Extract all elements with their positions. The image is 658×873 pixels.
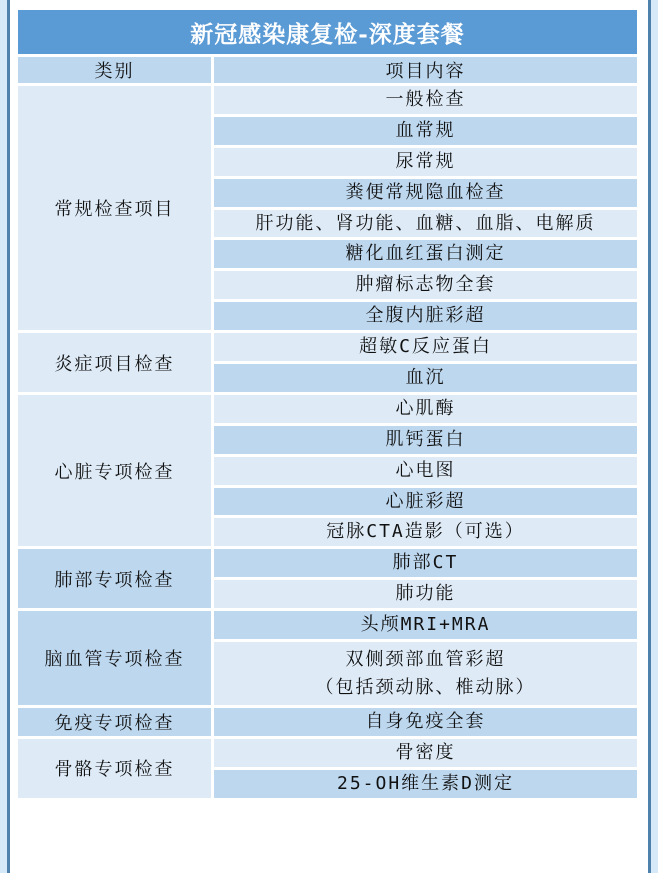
category-cell: 心脏专项检查 bbox=[18, 395, 211, 546]
item-cell: 心脏彩超 bbox=[214, 488, 637, 516]
table-title: 新冠感染康复检-深度套餐 bbox=[18, 10, 637, 54]
item-cell: 25-OH维生素D测定 bbox=[214, 770, 637, 798]
table-row: 常规检查项目一般检查 bbox=[18, 86, 637, 114]
table-row: 心脏专项检查心肌酶 bbox=[18, 395, 637, 423]
item-cell: 肺部CT bbox=[214, 549, 637, 577]
item-cell: 血沉 bbox=[214, 364, 637, 392]
table-body: 新冠感染康复检-深度套餐 类别 项目内容 常规检查项目一般检查血常规尿常规粪便常… bbox=[18, 10, 637, 798]
page: 新冠感染康复检-深度套餐 类别 项目内容 常规检查项目一般检查血常规尿常规粪便常… bbox=[0, 0, 658, 873]
item-cell: 骨密度 bbox=[214, 739, 637, 767]
page-border-line-right bbox=[648, 0, 651, 873]
item-cell: 尿常规 bbox=[214, 148, 637, 176]
column-header-row: 类别 项目内容 bbox=[18, 57, 637, 83]
item-cell: 心电图 bbox=[214, 457, 637, 485]
item-cell: 糖化血红蛋白测定 bbox=[214, 240, 637, 268]
table-row: 骨骼专项检查骨密度 bbox=[18, 739, 637, 767]
column-header-category: 类别 bbox=[18, 57, 211, 83]
category-cell: 骨骼专项检查 bbox=[18, 739, 211, 798]
table-row: 免疫专项检查自身免疫全套 bbox=[18, 708, 637, 736]
title-row: 新冠感染康复检-深度套餐 bbox=[18, 10, 637, 54]
item-cell: 粪便常规隐血检查 bbox=[214, 179, 637, 207]
category-cell: 肺部专项检查 bbox=[18, 549, 211, 608]
table-row: 脑血管专项检查头颅MRI+MRA bbox=[18, 611, 637, 639]
page-border-line-left bbox=[7, 0, 10, 873]
category-cell: 脑血管专项检查 bbox=[18, 611, 211, 705]
item-cell: 全腹内脏彩超 bbox=[214, 302, 637, 330]
item-cell: 双侧颈部血管彩超 （包括颈动脉、椎动脉） bbox=[214, 642, 637, 705]
checkup-table: 新冠感染康复检-深度套餐 类别 项目内容 常规检查项目一般检查血常规尿常规粪便常… bbox=[15, 7, 640, 801]
item-cell: 自身免疫全套 bbox=[214, 708, 637, 736]
item-cell: 肌钙蛋白 bbox=[214, 426, 637, 454]
item-cell: 冠脉CTA造影（可选） bbox=[214, 518, 637, 546]
item-cell: 头颅MRI+MRA bbox=[214, 611, 637, 639]
item-cell: 肝功能、肾功能、血糖、血脂、电解质 bbox=[214, 210, 637, 238]
column-header-items: 项目内容 bbox=[214, 57, 637, 83]
table-row: 肺部专项检查肺部CT bbox=[18, 549, 637, 577]
item-cell: 肿瘤标志物全套 bbox=[214, 271, 637, 299]
item-cell: 超敏C反应蛋白 bbox=[214, 333, 637, 361]
category-cell: 免疫专项检查 bbox=[18, 708, 211, 736]
item-cell: 肺功能 bbox=[214, 580, 637, 608]
item-cell: 心肌酶 bbox=[214, 395, 637, 423]
table-row: 炎症项目检查超敏C反应蛋白 bbox=[18, 333, 637, 361]
item-cell: 血常规 bbox=[214, 117, 637, 145]
category-cell: 炎症项目检查 bbox=[18, 333, 211, 392]
item-cell: 一般检查 bbox=[214, 86, 637, 114]
page-border-strip-left bbox=[0, 0, 7, 873]
page-border-strip-right bbox=[651, 0, 658, 873]
category-cell: 常规检查项目 bbox=[18, 86, 211, 330]
